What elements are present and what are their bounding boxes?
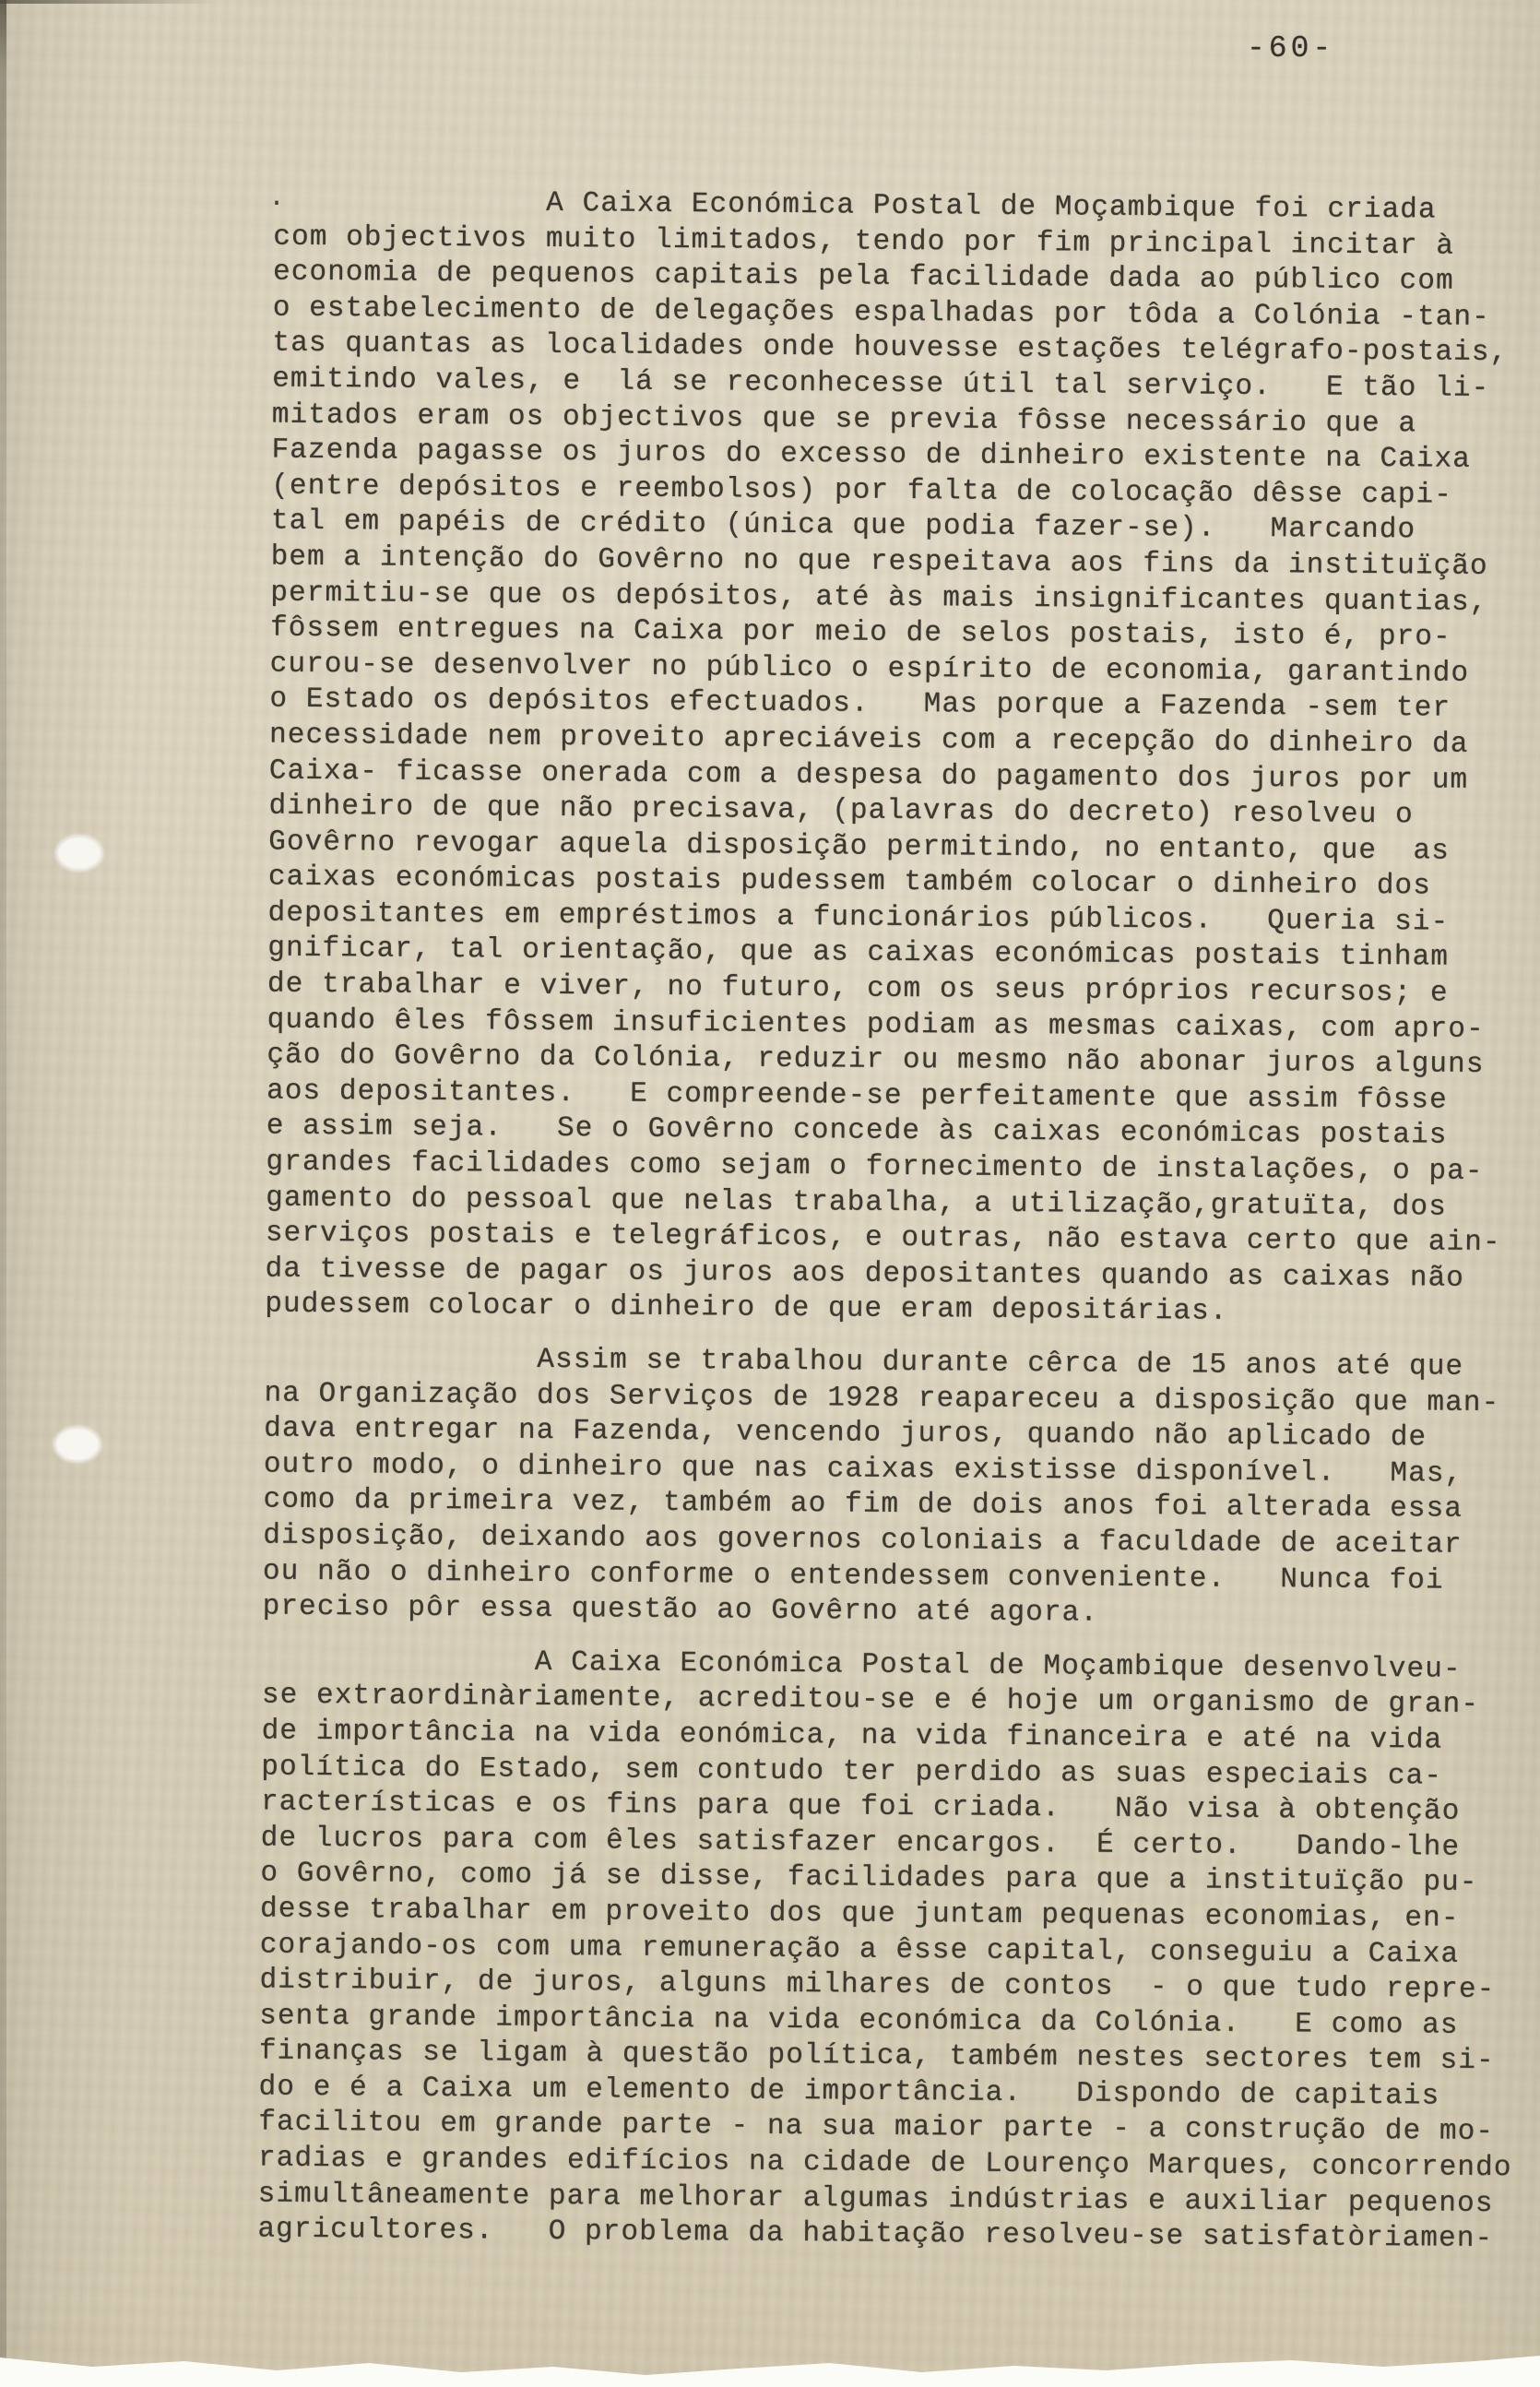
page-number: -60- bbox=[1247, 31, 1334, 65]
hole-punch-top bbox=[57, 837, 101, 870]
document-page: -60- . A Caixa Económica Postal de Moçam… bbox=[0, 0, 1540, 2387]
paragraph: A Caixa Económica Postal de Moçambique d… bbox=[257, 1643, 1540, 2258]
scan-edge-left bbox=[0, 0, 6, 2387]
hole-punch-bottom bbox=[55, 1428, 100, 1461]
scan-edge-top bbox=[0, 0, 217, 4]
paragraph: A Caixa Económica Postal de Moçambique f… bbox=[265, 184, 1540, 1334]
typewritten-text: A Caixa Económica Postal de Moçambique f… bbox=[257, 184, 1540, 2259]
paragraph: Assim se trabalhou durante cêrca de 15 a… bbox=[263, 1341, 1540, 1636]
